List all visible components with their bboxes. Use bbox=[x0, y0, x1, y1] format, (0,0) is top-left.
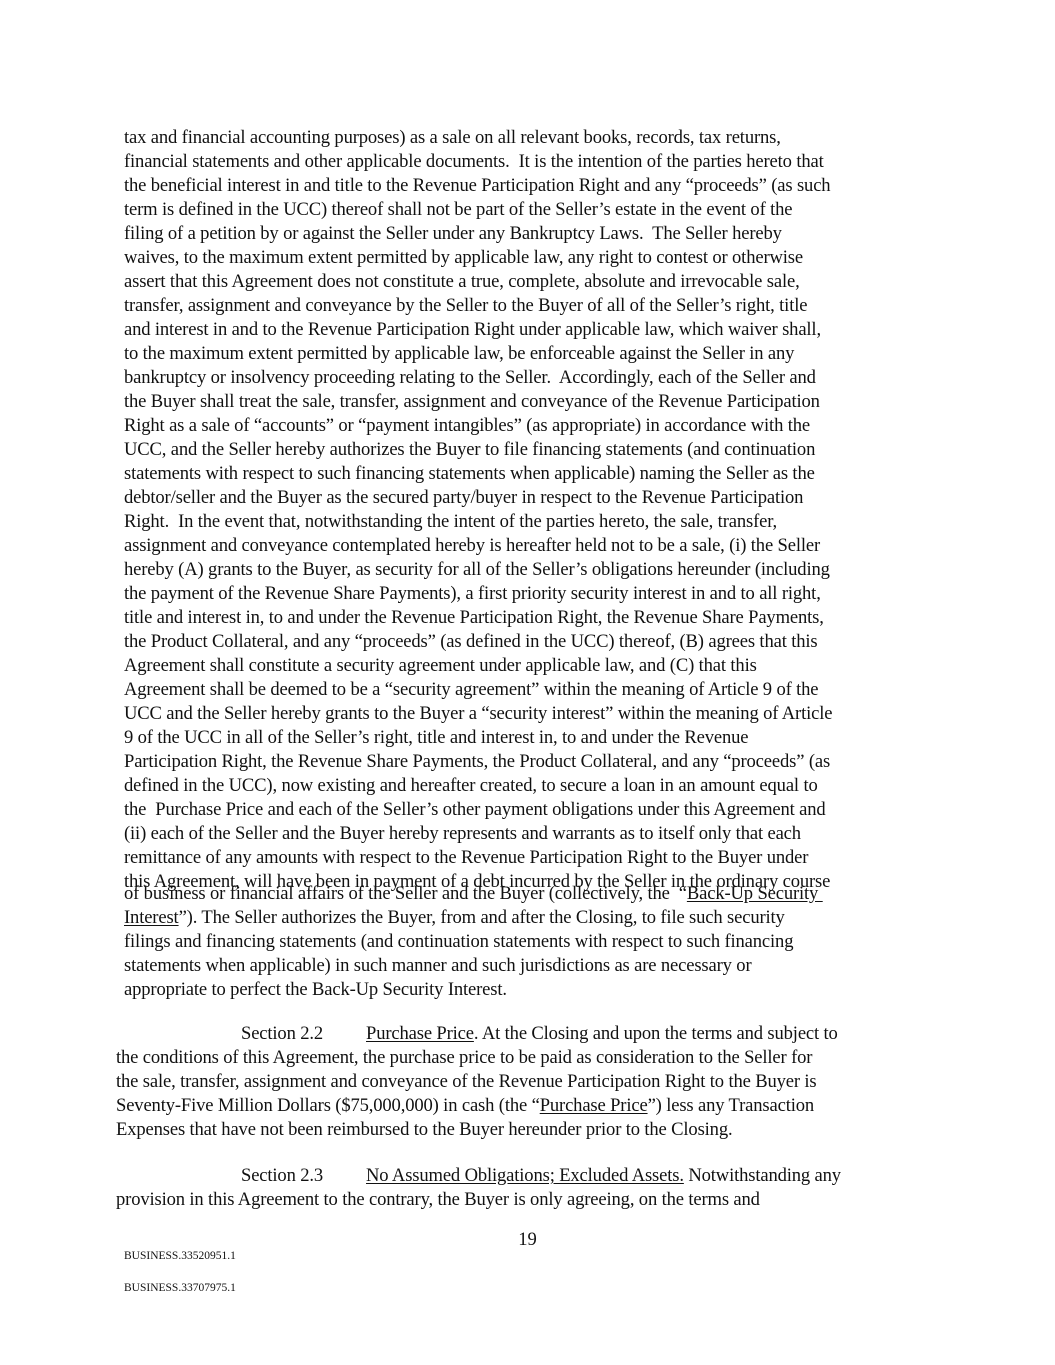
paragraph-line: assignment and conveyance contemplated h… bbox=[124, 534, 820, 558]
paragraph-line: the Product Collateral, and any “proceed… bbox=[124, 630, 817, 654]
paragraph-line: waives, to the maximum extent permitted … bbox=[124, 246, 803, 270]
footer-doc-id: BUSINESS.33707975.1 bbox=[124, 1282, 236, 1294]
paragraph-line: of business or financial affairs of the … bbox=[124, 882, 823, 906]
paragraph-line: debtor/seller and the Buyer as the secur… bbox=[124, 486, 803, 510]
footer-doc-id: BUSINESS.33520951.1 bbox=[124, 1250, 236, 1262]
defined-term-interest: Interest bbox=[124, 907, 179, 928]
paragraph-line: the Buyer shall treat the sale, transfer… bbox=[124, 390, 820, 414]
paragraph-line: term is defined in the UCC) thereof shal… bbox=[124, 198, 792, 222]
paragraph-line: and interest in and to the Revenue Parti… bbox=[124, 318, 821, 342]
paragraph-line: the sale, transfer, assignment and conve… bbox=[116, 1070, 817, 1094]
paragraph-line: the conditions of this Agreement, the pu… bbox=[116, 1046, 812, 1070]
paragraph-line: filings and financing statements (and co… bbox=[124, 930, 793, 954]
page-number: 19 bbox=[0, 1229, 1055, 1251]
section-2-3-heading-line: Section 2.3No Assumed Obligations; Exclu… bbox=[241, 1164, 841, 1188]
paragraph-line: Expenses that have not been reimbursed t… bbox=[116, 1118, 732, 1142]
paragraph-line: to the maximum extent permitted by appli… bbox=[124, 342, 794, 366]
defined-term-back-up-security-interest: Back-Up Security bbox=[687, 883, 823, 904]
paragraph-line: financial statements and other applicabl… bbox=[124, 150, 824, 174]
paragraph-line: appropriate to perfect the Back-Up Secur… bbox=[124, 978, 507, 1002]
paragraph-line: Seventy-Five Million Dollars ($75,000,00… bbox=[116, 1094, 814, 1118]
paragraph-line: Participation Right, the Revenue Share P… bbox=[124, 750, 830, 774]
document-page: tax and financial accounting purposes) a… bbox=[0, 0, 1055, 1365]
defined-term-purchase-price: Purchase Price bbox=[540, 1095, 648, 1116]
paragraph-line: the beneficial interest in and title to … bbox=[124, 174, 830, 198]
paragraph-line: UCC, and the Seller hereby authorizes th… bbox=[124, 438, 815, 462]
paragraph-line: title and interest in, to and under the … bbox=[124, 606, 824, 630]
paragraph-line: hereby (A) grants to the Buyer, as secur… bbox=[124, 558, 830, 582]
paragraph-line: defined in the UCC), now existing and he… bbox=[124, 774, 818, 798]
section-heading: Purchase Price bbox=[366, 1023, 474, 1044]
section-number: Section 2.3 bbox=[241, 1165, 323, 1186]
paragraph-line: tax and financial accounting purposes) a… bbox=[124, 126, 781, 150]
paragraph-line: Right as a sale of “accounts” or “paymen… bbox=[124, 414, 810, 438]
paragraph-line: filing of a petition by or against the S… bbox=[124, 222, 782, 246]
paragraph-line: remittance of any amounts with respect t… bbox=[124, 846, 808, 870]
paragraph-line: the Purchase Price and each of the Selle… bbox=[124, 798, 826, 822]
paragraph-line: 9 of the UCC in all of the Seller’s righ… bbox=[124, 726, 748, 750]
paragraph-line: statements when applicable) in such mann… bbox=[124, 954, 752, 978]
paragraph-line: UCC and the Seller hereby grants to the … bbox=[124, 702, 832, 726]
paragraph-line: Right. In the event that, notwithstandin… bbox=[124, 510, 777, 534]
paragraph-line: transfer, assignment and conveyance by t… bbox=[124, 294, 807, 318]
paragraph-line: Agreement shall constitute a security ag… bbox=[124, 654, 757, 678]
paragraph-line: the payment of the Revenue Share Payment… bbox=[124, 582, 821, 606]
paragraph-line: (ii) each of the Seller and the Buyer he… bbox=[124, 822, 801, 846]
paragraph-line: bankruptcy or insolvency proceeding rela… bbox=[124, 366, 816, 390]
section-number: Section 2.2 bbox=[241, 1023, 323, 1044]
section-heading: No Assumed Obligations; Excluded Assets. bbox=[366, 1165, 684, 1186]
paragraph-line: Agreement shall be deemed to be a “secur… bbox=[124, 678, 818, 702]
paragraph-line: provision in this Agreement to the contr… bbox=[116, 1188, 760, 1212]
section-2-2-heading-line: Section 2.2Purchase Price. At the Closin… bbox=[241, 1022, 838, 1046]
paragraph-line: Interest”). The Seller authorizes the Bu… bbox=[124, 906, 785, 930]
paragraph-line: assert that this Agreement does not cons… bbox=[124, 270, 800, 294]
paragraph-line: statements with respect to such financin… bbox=[124, 462, 815, 486]
